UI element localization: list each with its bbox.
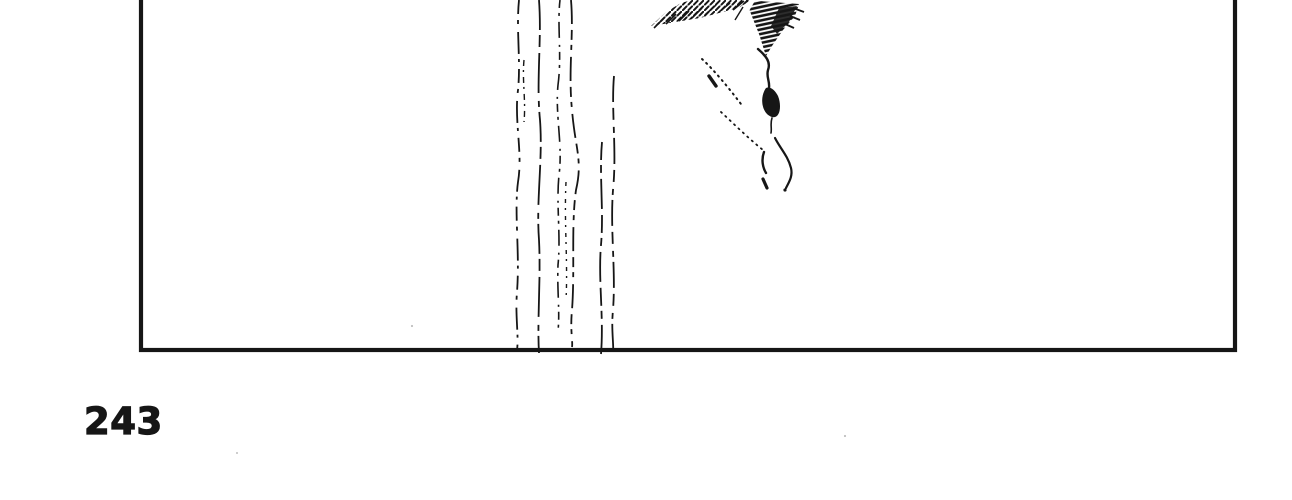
paper-specks [236,325,846,454]
dotted-trails [702,59,763,150]
scanned-comic-page: 243 [0,0,1292,500]
rock-streak-lines [516,0,614,354]
panel-artwork [0,0,1292,500]
comic-panel-frame [141,0,1235,350]
page-number: 243 [84,400,163,443]
hatched-crag-right [735,0,804,56]
cascade-contour-lines [758,49,792,192]
